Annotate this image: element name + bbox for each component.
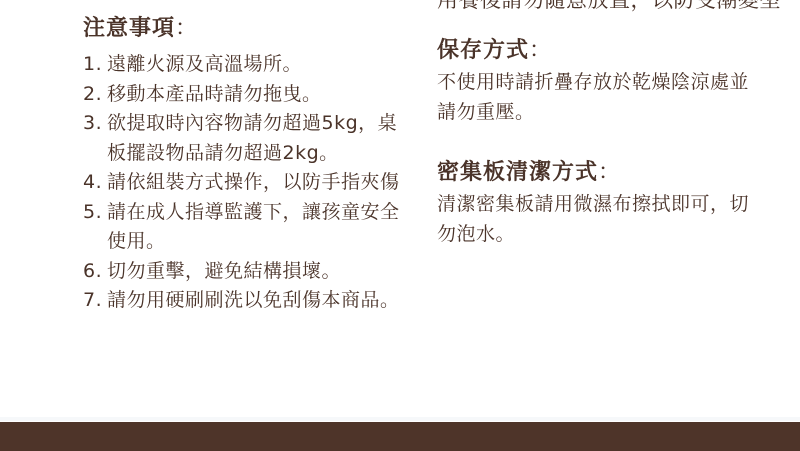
list-item-number: 3. <box>83 109 107 168</box>
storage-heading: 保存方式： <box>437 36 767 66</box>
cleaning-heading-text: 密集板清潔方式 <box>437 160 598 185</box>
precautions-heading: 注意事項： <box>83 14 413 44</box>
footer-bar <box>0 422 800 451</box>
storage-block: 保存方式： 不使用時請折疊存放於乾燥陰涼處並請勿重壓。 <box>437 36 767 127</box>
section-spacer <box>437 127 767 158</box>
heading-colon: ： <box>598 160 621 185</box>
list-item-number: 6. <box>83 257 107 287</box>
product-care-page: 用餐後請勿隨意放置，以防受潮變型 注意事項： 1. 遠離火源及高溫場所。 2. … <box>0 0 800 451</box>
list-item-number: 4. <box>83 168 107 198</box>
cleaning-block: 密集板清潔方式： 清潔密集板請用微濕布擦拭即可，切勿泡水。 <box>437 158 767 249</box>
list-item-number: 7. <box>83 286 107 316</box>
precautions-section: 注意事項： 1. 遠離火源及高溫場所。 2. 移動本產品時請勿拖曳。 3. 欲提… <box>83 14 413 316</box>
precautions-heading-text: 注意事項 <box>83 16 175 41</box>
list-item-number: 1. <box>83 50 107 80</box>
list-item-number: 5. <box>83 198 107 257</box>
cutoff-text-line: 用餐後請勿隨意放置，以防受潮變型 <box>437 0 781 13</box>
list-item: 1. 遠離火源及高溫場所。 <box>83 50 413 80</box>
cleaning-heading: 密集板清潔方式： <box>437 158 767 188</box>
heading-colon: ： <box>175 16 198 41</box>
storage-text: 不使用時請折疊存放於乾燥陰涼處並請勿重壓。 <box>437 68 752 127</box>
list-item: 6. 切勿重擊，避免結構損壞。 <box>83 257 413 287</box>
list-item-number: 2. <box>83 80 107 110</box>
list-item-text: 欲提取時內容物請勿超過5kg，桌板擺設物品請勿超過2kg。 <box>107 109 413 168</box>
footer-divider <box>0 417 800 421</box>
precautions-list: 1. 遠離火源及高溫場所。 2. 移動本產品時請勿拖曳。 3. 欲提取時內容物請… <box>83 50 413 316</box>
cleaning-text: 清潔密集板請用微濕布擦拭即可，切勿泡水。 <box>437 190 752 249</box>
heading-colon: ： <box>529 38 552 63</box>
list-item: 4. 請依組裝方式操作，以防手指夾傷 <box>83 168 413 198</box>
list-item: 3. 欲提取時內容物請勿超過5kg，桌板擺設物品請勿超過2kg。 <box>83 109 413 168</box>
list-item-text: 請在成人指導監護下，讓孩童安全使用。 <box>107 198 413 257</box>
list-item-text: 切勿重擊，避免結構損壞。 <box>107 257 413 287</box>
list-item-text: 移動本產品時請勿拖曳。 <box>107 80 413 110</box>
list-item: 7. 請勿用硬刷刷洗以免刮傷本商品。 <box>83 286 413 316</box>
list-item: 5. 請在成人指導監護下，讓孩童安全使用。 <box>83 198 413 257</box>
list-item-text: 請依組裝方式操作，以防手指夾傷 <box>107 168 413 198</box>
list-item-text: 遠離火源及高溫場所。 <box>107 50 413 80</box>
list-item: 2. 移動本產品時請勿拖曳。 <box>83 80 413 110</box>
care-info-section: 保存方式： 不使用時請折疊存放於乾燥陰涼處並請勿重壓。 密集板清潔方式： 清潔密… <box>437 36 767 249</box>
storage-heading-text: 保存方式 <box>437 38 529 63</box>
list-item-text: 請勿用硬刷刷洗以免刮傷本商品。 <box>107 286 413 316</box>
